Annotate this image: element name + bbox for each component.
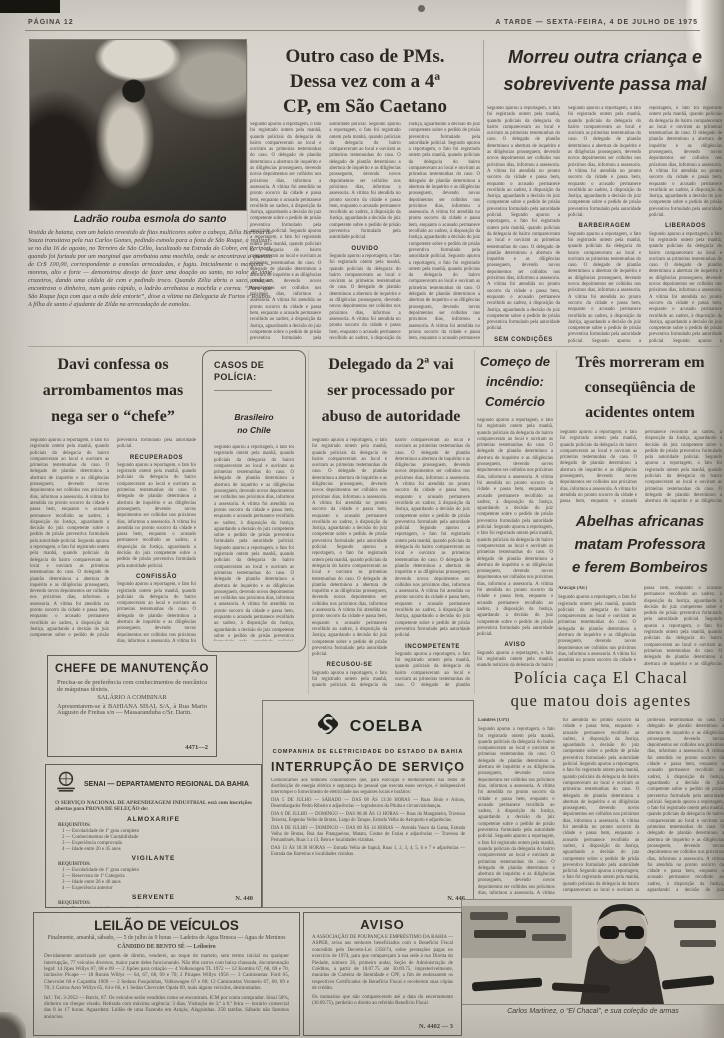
chacal-photo-caption: Carlos Martinez, o “El Chacal”, e sua co… xyxy=(462,1008,724,1015)
ad-coelba-schedule-4: DAS 13 ÀS 18:30 HORAS — Estrada Velha de… xyxy=(271,846,465,858)
casos-box-title: CASOS DE POLÍCIA: xyxy=(214,359,264,383)
dateline-chacal: Londres (UPI) xyxy=(478,718,555,724)
ad-coelba-intro: Comunicamos aos senhores consumidores qu… xyxy=(271,778,465,796)
ad-aviso: AVISO A ASSOCIAÇÃO DE POUPANÇA E EMPRÉST… xyxy=(303,912,462,1036)
ad-coelba-schedule-2: DIA 6 DE JULHO — DOMINGO — DAS 06:40 ÀS … xyxy=(271,812,465,824)
ad-leilao-body-1: Devidamente autorizado por quem de direi… xyxy=(44,953,289,991)
ad-chefe-salary: SALÁRIO A COMBINAR xyxy=(57,695,207,702)
headline-morreu: Morreu outra criança e sobrevivente pass… xyxy=(488,44,722,98)
ad-coelba-schedule-1: DIA 5 DE JULHO — SÁBADO — DAS 08 ÀS 13:3… xyxy=(271,798,465,810)
body-abelhas: Aracaju (AE) Segundo apurou a reportagem… xyxy=(558,586,722,668)
ad-senai: SENAI — DEPARTAMENTO REGIONAL DA BAHIA O… xyxy=(45,764,262,908)
subhead-aviso: AVISO xyxy=(477,642,553,648)
subhead-recuperados: RECUPERADOS xyxy=(117,455,196,461)
body-text: Segundo apurou a reportagem, o fato foi … xyxy=(478,718,724,900)
section-rule xyxy=(28,346,722,347)
ad-coelba: COELBA COMPANHIA DE ELETRICIDADE DO ESTA… xyxy=(262,700,474,908)
headline-chacal: Polícia caça El Chacal que matou dois ag… xyxy=(478,666,724,712)
ad-senai-job-1: ALMOXARIFE xyxy=(46,816,261,823)
body-morreu: Segundo apurou a reportagem, o fato foi … xyxy=(487,106,722,346)
subhead-ouvido: OUVIDO xyxy=(329,246,400,252)
ad-senai-header: SENAI — DEPARTAMENTO REGIONAL DA BAHIA xyxy=(84,780,249,789)
body-tres: Segundo apurou a reportagem, o fato foi … xyxy=(560,430,722,506)
ad-chefe-ref: 4471—2 xyxy=(185,744,208,751)
ad-chefe-apply: Apresentarem-se à BAHIANA SISAL S/A, à R… xyxy=(57,704,207,717)
subhead-confissao: CONFISSÃO xyxy=(117,574,196,580)
subhead-barbeiragem: BARBEIRAGEM xyxy=(568,223,641,229)
body-pms: Segundo apurou a reportagem, o fato foi … xyxy=(250,122,480,346)
body-text: Segundo apurou a reportagem, o fato foi … xyxy=(312,438,387,658)
senai-emblem-icon xyxy=(54,770,78,799)
subhead-recusou-se: RECUSOU-SE xyxy=(312,662,387,668)
headline-comeco: Começo de incêndio: Comércio xyxy=(477,352,553,412)
ad-senai-job-3-items: 1 — Escolaridade de 1º grau incompleto 2… xyxy=(62,907,261,908)
headline-delegado: Delegado da 2ª vai ser processado por ab… xyxy=(310,352,472,430)
ad-leilao: LEILÃO DE VEÍCULOS Finalmente, amanhã, s… xyxy=(33,912,300,1036)
ad-leilao-line-2: CÂNDIDO DE BENTO SÉ — Leiloeiro xyxy=(44,944,289,951)
coelba-logo-icon xyxy=(313,709,343,744)
scan-artifact xyxy=(0,1012,26,1038)
headline-abelhas: Abelhas africanas matam Professora e fer… xyxy=(556,510,724,579)
ad-senai-job-3: SERVENTE xyxy=(46,894,261,901)
news-photo-chacal xyxy=(462,900,724,1004)
column-rule xyxy=(483,40,484,346)
subhead-liberados: LIBERADOS xyxy=(649,223,722,229)
ad-aviso-ref: N. 4402 — 3 xyxy=(419,1023,453,1030)
column-rule xyxy=(247,44,248,344)
body-casos: Segundo apurou a reportagem, o fato foi … xyxy=(214,445,294,641)
ad-aviso-body-2: Os mutuários que não comparecerem até a … xyxy=(312,995,453,1008)
ad-senai-job-2: VIGILANTE xyxy=(46,855,261,862)
masthead-page-number: PÁGINA 12 xyxy=(28,19,74,26)
ad-coelba-company: COMPANHIA DE ELETRICIDADE DO ESTADO DA B… xyxy=(263,749,473,755)
ad-coelba-title: INTERRUPÇÃO DE SERVIÇO xyxy=(263,760,473,774)
headline-davi: Davi confessa os arrombamentos mas nega … xyxy=(28,352,198,430)
casos-de-policia-box: CASOS DE POLÍCIA: Brasileiro no Chile Se… xyxy=(202,350,306,652)
body-text: Segundo apurou a reportagem, o fato foi … xyxy=(560,430,722,506)
body-text: Segundo apurou a reportagem, o fato foi … xyxy=(477,418,553,638)
masthead-rule xyxy=(25,30,700,31)
body-text: Segundo apurou a reportagem, o fato foi … xyxy=(558,586,722,668)
caption-title: Ladrão rouba esmola do santo xyxy=(28,213,272,225)
body-chacal: Londres (UPI) Segundo apurou a reportage… xyxy=(478,718,724,900)
coelba-logo-text: COELBA xyxy=(350,718,424,736)
scan-artifact xyxy=(418,5,425,12)
body-text: Segundo apurou a reportagem, o fato foi … xyxy=(568,106,641,219)
body-text: Segundo apurou a reportagem, o fato foi … xyxy=(477,651,553,666)
column-rule xyxy=(308,350,309,694)
newspaper-page: PÁGINA 12 A TARDE — SEXTA-FEIRA, 4 DE JU… xyxy=(0,0,724,1038)
column-rule xyxy=(474,350,475,694)
scan-artifact xyxy=(0,0,60,13)
ad-leilao-title: LEILÃO DE VEÍCULOS xyxy=(34,918,299,933)
body-comeco: Segundo apurou a reportagem, o fato foi … xyxy=(477,418,553,666)
headline-pms: Outro caso de PMs. Dessa vez com a 4ª CP… xyxy=(250,44,480,119)
ad-chefe-body: Precisa-se de preferência com conhecimen… xyxy=(57,680,207,693)
ad-chefe-title: CHEFE DE MANUTENÇÃO xyxy=(48,663,216,675)
casos-item-title: Brasileiro no Chile xyxy=(203,411,305,437)
ad-leilao-body-2: Inf.: Tel. 3-2952 — Barris, 67. Os veícu… xyxy=(44,995,289,1021)
ad-chefe-manutencao: CHEFE DE MANUTENÇÃO Precisa-se de prefer… xyxy=(47,655,217,757)
chacal-photo-art xyxy=(462,900,724,1004)
headline-tres: Três morreram em conseqüência de acident… xyxy=(558,350,722,425)
masthead-edition: A TARDE — SEXTA-FEIRA, 4 DE JULHO DE 197… xyxy=(495,19,698,26)
body-text: Segundo apurou a reportagem, o fato foi … xyxy=(487,106,560,333)
body-text: Segundo apurou a reportagem, o fato foi … xyxy=(117,463,196,570)
ad-coelba-schedule-3: DIA 6 DE JULHO — DOMINGO — DAS 08 ÀS 14 … xyxy=(271,826,465,844)
caption-text: Vestida de baiana, com um balaio revesti… xyxy=(28,229,272,345)
ad-senai-job-1-items: 1 — Escolaridade de 1º grau completo 2 —… xyxy=(62,829,261,853)
body-text: Segundo apurou a reportagem, o fato foi … xyxy=(214,445,294,641)
ad-senai-job-2-items: 1 — Escolaridade de 1º grau completo 2 —… xyxy=(62,868,261,892)
ad-senai-ref: N. 440 xyxy=(235,895,253,902)
ad-leilao-line-1: Finalmente, amanhã, sábado, — 5 de julho… xyxy=(44,935,289,942)
column-rule xyxy=(556,350,557,668)
ad-aviso-title: AVISO xyxy=(304,917,461,932)
body-delegado: Segundo apurou a reportagem, o fato foi … xyxy=(312,438,470,694)
subhead-sem-condicoes: SEM CONDIÇÕES xyxy=(487,337,560,343)
ad-aviso-body-1: A ASSOCIAÇÃO DE POUPANÇA E EMPRÉSTIMO DA… xyxy=(312,935,453,993)
ad-senai-intro: O SERVIÇO NACIONAL DE APRENDIZAGEM INDUS… xyxy=(55,800,252,813)
dateline-abelhas: Aracaju (AE) xyxy=(558,586,636,592)
body-davi: Segundo apurou a reportagem, o fato foi … xyxy=(30,438,196,650)
subhead-incompetente: INCOMPETENTE xyxy=(395,644,470,650)
casos-box-rule xyxy=(214,390,272,391)
news-photo-baiana xyxy=(30,40,246,210)
